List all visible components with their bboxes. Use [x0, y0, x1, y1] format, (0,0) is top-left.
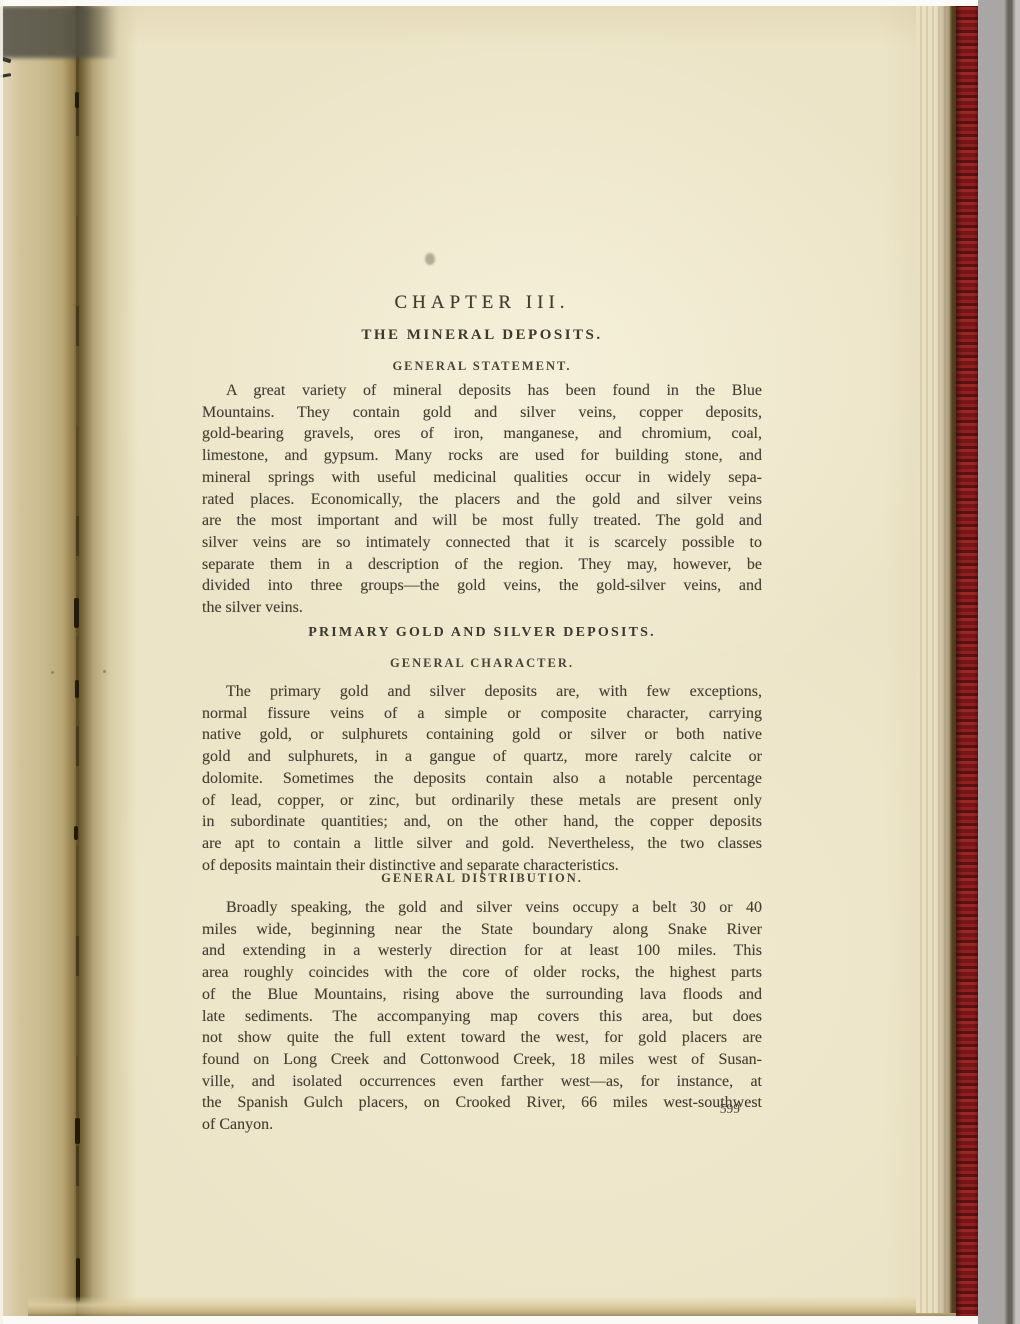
text-line: ville, and isolated occurrences even far… — [202, 1071, 762, 1093]
paragraph-general-statement: A great variety of mineral deposits has … — [202, 380, 762, 619]
text-line: in subordinate quantities; and, on the o… — [202, 811, 762, 833]
text-line: area roughly coincides with the core of … — [202, 962, 762, 984]
paragraph-general-distribution: Broadly speaking, the gold and silver ve… — [202, 897, 762, 1136]
heading-general-statement: GENERAL STATEMENT. — [202, 359, 762, 374]
chapter-subtitle: THE MINERAL DEPOSITS. — [202, 327, 762, 344]
text-line: of the Blue Mountains, rising above the … — [202, 984, 762, 1006]
text-line: mineral springs with useful medicinal qu… — [202, 467, 762, 489]
text-line: not show quite the full extent toward th… — [202, 1027, 762, 1049]
text-line: The primary gold and silver deposits are… — [202, 681, 762, 703]
page-number: 599 — [640, 1101, 740, 1117]
text-line: A great variety of mineral deposits has … — [202, 380, 762, 402]
text-line: and extending in a westerly direction fo… — [202, 940, 762, 962]
text-line: native gold, or sulphurets containing go… — [202, 724, 762, 746]
text-line: gold-bearing gravels, ores of iron, mang… — [202, 423, 762, 445]
text-line: found on Long Creek and Cottonwood Creek… — [202, 1049, 762, 1071]
text-line: gold and sulphurets, in a gangue of quar… — [202, 746, 762, 768]
text-line: late sediments. The accompanying map cov… — [202, 1006, 762, 1028]
chapter-title: CHAPTER III. — [202, 292, 762, 314]
book-scan: CHAPTER III. THE MINERAL DEPOSITS. GENER… — [0, 0, 1020, 1324]
text-line: Mountains. They contain gold and silver … — [202, 402, 762, 424]
heading-primary-gold-silver-deposits: PRIMARY GOLD AND SILVER DEPOSITS. — [202, 625, 762, 641]
text-line: miles wide, beginning near the State bou… — [202, 919, 762, 941]
text-line: of lead, copper, or zinc, but ordinarily… — [202, 790, 762, 812]
text-line: rated places. Economically, the placers … — [202, 489, 762, 511]
heading-general-character: GENERAL CHARACTER. — [202, 656, 762, 671]
text-line: normal fissure veins of a simple or comp… — [202, 703, 762, 725]
text-line: limestone, and gypsum. Many rocks are us… — [202, 445, 762, 467]
text-line: of Canyon. — [202, 1114, 762, 1136]
paragraph-general-character: The primary gold and silver deposits are… — [202, 681, 762, 876]
text-line: the silver veins. — [202, 597, 762, 619]
text-line: separate them in a description of the re… — [202, 554, 762, 576]
text-line: are apt to contain a little silver and g… — [202, 833, 762, 855]
text-line: dolomite. Sometimes the deposits contain… — [202, 768, 762, 790]
text-line: are the most important and will be most … — [202, 510, 762, 532]
heading-general-distribution: GENERAL DISTRIBUTION. — [202, 871, 762, 886]
text-line: silver veins are so intimately connected… — [202, 532, 762, 554]
text-line: Broadly speaking, the gold and silver ve… — [202, 897, 762, 919]
page-text: CHAPTER III. THE MINERAL DEPOSITS. GENER… — [0, 0, 1020, 1324]
text-line: divided into three groups—the gold veins… — [202, 575, 762, 597]
